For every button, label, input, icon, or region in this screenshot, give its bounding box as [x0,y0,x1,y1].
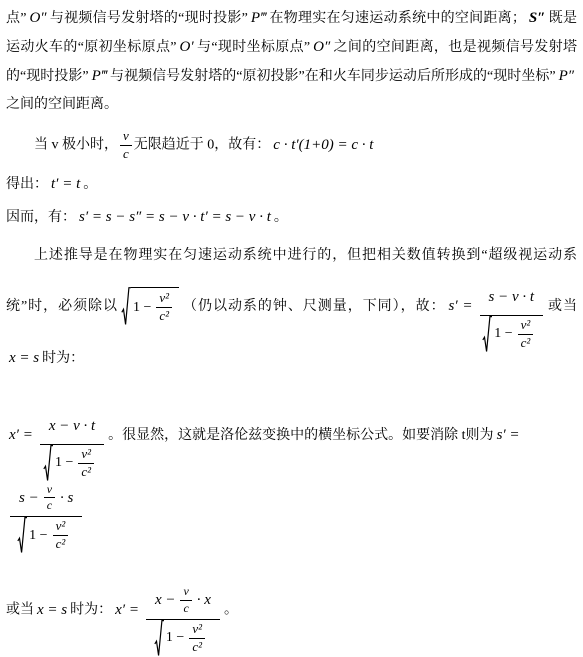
paragraph-conversion: 上述推导是在物理实在匀速运动系统中进行的，但把相关数值转换到“超级视运动系统”时… [6,241,577,374]
text-run: 在物理实在匀速运动系统中的空间距离； [269,11,526,26]
sqrt-expression: 1 −v²c² [43,445,101,482]
text-run: （仍以动系的钟、尺测量，下同），故： [182,299,445,314]
radical-icon [482,316,492,353]
paragraph-therefore: 因而，有：s′ = s − s″ = s − v · t′ = s − v · … [6,204,577,231]
fraction-v2-c2: v²c² [518,318,534,351]
text-run: 或当 [547,299,577,314]
radicand: 1 −v²c² [27,517,75,554]
radicand: 1 −v²c² [492,316,540,353]
fraction-denominator: c [180,601,191,616]
radical-icon [43,445,53,482]
radical-icon [17,517,27,554]
fraction-denominator: c [120,146,132,162]
fraction-numerator: v² [53,519,69,536]
display-fraction-s: s − v · t1 −v²c² [480,281,544,353]
fraction-v2-c2: v²c² [53,519,69,552]
math-expression: s − v · t [489,282,535,312]
math-x-prime-equals: x′ = [115,602,139,618]
sqrt-pre-text: 1 − [29,521,47,551]
math-expression: s − [19,483,39,513]
sqrt-expression: 1 −v²c² [121,287,179,326]
fraction-denominator: c² [53,536,69,552]
sqrt-expression: 1 −v²c² [482,316,540,353]
fraction-numerator: v² [156,291,172,308]
math-symbol-o1: O′ [180,39,194,55]
fraction-denominator: c² [518,335,534,351]
math-x-equals-s: x = s [37,602,67,618]
math-symbol-s2-bold: S″ [529,10,546,26]
fraction-v-over-c: vc [180,585,191,616]
fraction-numerator: x − v · t [40,410,104,445]
fraction-numerator: v² [189,622,205,639]
paragraph-limit: 当 v 极小时，vc无限趋近于 0，故有：c · t′(1+0) = c · t [6,129,577,162]
paragraph-result: 得出：t′ = t。 [6,171,577,198]
sqrt-expression: 1 −v²c² [17,517,75,554]
math-x-prime-equals: x′ = [9,427,33,443]
display-fraction-x2: x −vc· x1 −v²c² [146,584,220,656]
fraction-numerator: v² [518,318,534,335]
math-symbol-o2: O″ [29,10,46,26]
fraction-v2-c2: v²c² [156,291,172,324]
math-s-prime-equals: s′ = [449,298,473,314]
math-symbol-p2: P″ [559,68,574,84]
math-expression: x − [155,585,176,615]
text-run: 。 [83,177,97,192]
text-run: 因而，有： [6,210,76,225]
document-page: 点”O″与视频信号发射塔的“现时投影”P‴在物理实在匀速运动系统中的空间距离；S… [0,0,583,655]
sqrt-expression: 1 −v²c² [154,620,212,657]
fraction-numerator: s − v · t [480,281,544,316]
math-expression: · s [60,483,73,513]
text-run: 无限趋近于 0，故有： [134,138,271,153]
fraction-numerator: s −vc· s [10,482,82,518]
sqrt-pre-text: 1 − [166,623,184,653]
text-run: 。 [224,603,238,618]
paragraph-lorentz: x′ =x − v · t1 −v²c²。很显然，这就是洛伦兹变换中的横坐标公式… [6,400,577,544]
text-run: 。 [274,210,288,225]
sqrt-pre-text: 1 − [133,293,151,323]
equation-s-prime: s′ = s − s″ = s − v · t′ = s − v · t [79,209,271,225]
fraction-numerator: x −vc· x [146,584,220,620]
equation-t-equals-t: t′ = t [51,176,80,192]
text-run: 时为： [42,351,84,366]
text-run: 点” [6,11,26,26]
text-run: 当 v 极小时， [34,138,118,153]
text-run: 之间的空间距离。 [6,97,118,112]
text-run: 与“现时坐标原点” [197,40,310,55]
fraction-numerator: v [120,129,132,146]
fraction-denominator: 1 −v²c² [482,316,540,353]
fraction-v2-c2: v²c² [78,447,94,480]
display-fraction-x: x − v · t1 −v²c² [40,410,104,482]
paragraph-intro: 点”O″与视频信号发射塔的“现时投影”P‴在物理实在匀速运动系统中的空间距离；S… [6,4,577,119]
text-run: 与视频信号发射塔的“原初投影”在和火车同步运动后所形成的“现时坐标” [110,69,556,84]
fraction-v-over-c: vc [120,129,132,162]
fraction-v-over-c: vc [44,483,55,514]
text-run: 与视频信号发射塔的“现时投影” [50,11,248,26]
display-fraction-s2: s −vc· s1 −v²c² [10,482,82,554]
text-run: 或当 [6,603,34,618]
math-expression: · x [197,585,211,615]
math-symbol-p3: P‴ [251,10,266,26]
sqrt-pre-text: 1 − [55,448,73,478]
fraction-denominator: 1 −v²c² [43,445,101,482]
fraction-numerator: v [180,585,191,601]
fraction-denominator: c² [156,308,172,324]
fraction-denominator: c [44,498,55,513]
radicand: 1 −v²c² [53,445,101,482]
fraction-denominator: 1 −v²c² [17,517,75,554]
fraction-denominator: 1 −v²c² [154,620,212,657]
math-symbol-p3: P‴ [92,68,107,84]
math-expression: x − v · t [49,411,95,441]
equation-ct: c · t′(1+0) = c · t [273,137,373,153]
sqrt-pre-text: 1 − [494,319,512,349]
text-run: 得出： [6,177,48,192]
fraction-denominator: c² [78,464,94,480]
fraction-v2-c2: v²c² [189,622,205,655]
text-run: 。很显然，这就是洛伦兹变换中的横坐标公式。如要消除 t则为 [108,428,493,443]
radical-icon [121,287,131,326]
math-s-prime-equals: s′ = [497,427,520,443]
math-x-equals-s: x = s [9,350,39,366]
text-run: 时为： [70,603,112,618]
fraction-numerator: v² [78,447,94,464]
math-symbol-o2: O″ [313,39,330,55]
radicand: 1 −v²c² [164,620,212,657]
radicand: 1 −v²c² [131,287,179,326]
paragraph-final: 或当x = s时为：x′ =x −vc· x1 −v²c²。 [6,574,577,646]
radical-icon [154,620,164,657]
fraction-denominator: c² [189,639,205,655]
fraction-numerator: v [44,483,55,499]
